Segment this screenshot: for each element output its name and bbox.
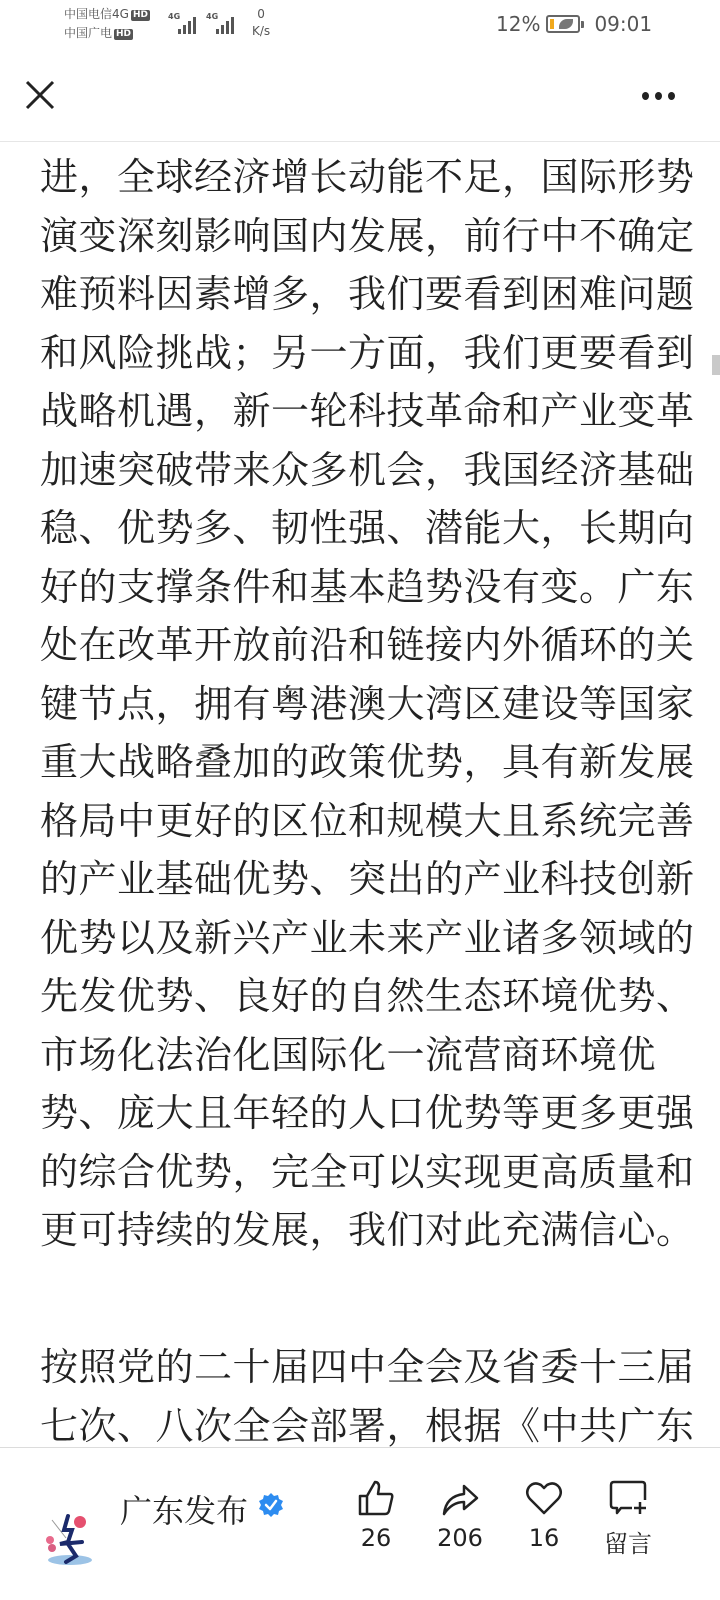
comment-button[interactable]: 留言 (588, 1478, 668, 1559)
more-options-button[interactable] (636, 84, 680, 108)
signal-strength-icon: 4G (168, 10, 208, 34)
text-line: 七次、八次全会部署，根据《中共广东 (40, 1397, 680, 1448)
text-line: 进，全球经济增长动能不足，国际形势 (40, 148, 680, 207)
text-line: 处在改革开放前沿和链接内外循环的关 (40, 616, 680, 675)
clock: 09:01 (594, 12, 652, 36)
hd-badge: HD (114, 29, 133, 40)
close-button[interactable] (20, 76, 60, 116)
scrollbar[interactable] (712, 355, 720, 375)
leaf-icon (559, 19, 573, 29)
net-speed-unit: K/s (252, 23, 270, 40)
status-bar: 中国电信4GHD 中国广电HD 4G 4G 0 K/s 12% 09:01 (0, 0, 720, 50)
text-line: 难预料因素增多，我们要看到困难问题 (40, 265, 680, 324)
battery-percent: 12% (496, 12, 540, 36)
like-count: 26 (336, 1524, 416, 1552)
text-line: 按照党的二十届四中全会及省委十三届 (40, 1338, 680, 1397)
verified-badge-icon (258, 1492, 284, 1518)
text-line: 和风险挑战；另一方面，我们更要看到 (40, 324, 680, 383)
text-line: 稳、优势多、韧性强、潜能大，长期向 (40, 499, 680, 558)
account-avatar[interactable] (38, 1510, 102, 1574)
text-line: 的产业基础优势、突出的产业科技创新 (40, 850, 680, 909)
more-icon (642, 92, 649, 100)
avatar-logo-icon (38, 1510, 102, 1574)
text-line: 的综合优势，完全可以实现更高质量和 (40, 1143, 680, 1202)
hd-badge: HD (131, 10, 150, 21)
bottom-action-bar: 广东发布 26 206 16 留言 (0, 1447, 720, 1600)
carrier-info: 中国电信4GHD 中国广电HD (64, 5, 150, 43)
battery-icon (546, 15, 580, 33)
close-icon (20, 76, 60, 116)
text-line: 重大战略叠加的政策优势，具有新发展 (40, 733, 680, 792)
article-paragraph: 按照党的二十届四中全会及省委十三届 七次、八次全会部署，根据《中共广东 (40, 1338, 680, 1447)
share-icon (440, 1478, 480, 1518)
top-bar (0, 50, 720, 142)
heart-icon (524, 1478, 564, 1518)
comment-add-icon (608, 1478, 648, 1518)
carrier1-label: 中国电信4G (64, 7, 129, 21)
account-name[interactable]: 广东发布 (120, 1486, 248, 1532)
net-speed-value: 0 (252, 6, 270, 23)
article-paragraph: 进，全球经济增长动能不足，国际形势 演变深刻影响国内发展，前行中不确定 难预料因… (40, 148, 680, 1260)
comment-label: 留言 (588, 1524, 668, 1559)
favorite-count: 16 (504, 1524, 584, 1552)
signal-strength-icon: 4G (206, 10, 246, 34)
text-line: 好的支撑条件和基本趋势没有变。广东 (40, 558, 680, 617)
text-line: 格局中更好的区位和规模大且系统完善 (40, 792, 680, 851)
thumbs-up-icon (356, 1478, 396, 1518)
text-line: 战略机遇，新一轮科技革命和产业变革 (40, 382, 680, 441)
text-line: 势、庞大且年轻的人口优势等更多更强 (40, 1084, 680, 1143)
text-line: 先发优势、良好的自然生态环境优势、 (40, 967, 680, 1026)
text-line: 演变深刻影响国内发展，前行中不确定 (40, 207, 680, 266)
text-line: 加速突破带来众多机会，我国经济基础 (40, 441, 680, 500)
carrier2-label: 中国广电 (64, 26, 112, 40)
like-button[interactable]: 26 (336, 1478, 416, 1552)
battery-status: 12% 09:01 (496, 12, 652, 36)
favorite-button[interactable]: 16 (504, 1478, 584, 1552)
article-body[interactable]: 进，全球经济增长动能不足，国际形势 演变深刻影响国内发展，前行中不确定 难预料因… (0, 142, 720, 1447)
network-speed: 0 K/s (252, 6, 270, 40)
text-line: 优势以及新兴产业未来产业诸多领域的 (40, 909, 680, 968)
text-line: 市场化法治化国际化一流营商环境优 (40, 1026, 680, 1085)
share-button[interactable]: 206 (420, 1478, 500, 1552)
text-line: 更可持续的发展，我们对此充满信心。 (40, 1201, 680, 1260)
text-line: 键节点，拥有粤港澳大湾区建设等国家 (40, 675, 680, 734)
share-count: 206 (420, 1524, 500, 1552)
